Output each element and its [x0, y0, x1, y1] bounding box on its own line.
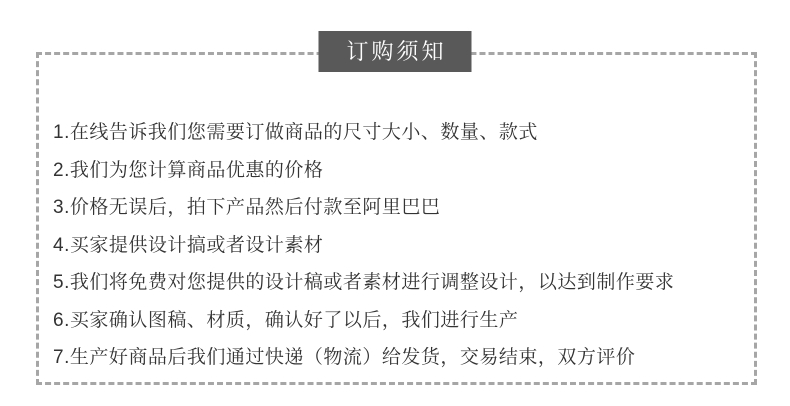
notice-title-badge: 订购须知: [318, 31, 471, 72]
order-notice-page: 订购须知 1.在线告诉我们您需要订做商品的尺寸大小、数量、款式 2.我们为您计算…: [0, 0, 790, 406]
notice-item: 2.我们为您计算商品优惠的价格: [53, 152, 746, 190]
notice-item: 7.生产好商品后我们通过快递（物流）给发货，交易结束，双方评价: [53, 339, 746, 377]
notice-item: 4.买家提供设计搞或者设计素材: [53, 227, 746, 265]
notice-item: 3.价格无误后，拍下产品然后付款至阿里巴巴: [53, 189, 746, 227]
notice-title: 订购须知: [346, 39, 446, 64]
notice-list: 1.在线告诉我们您需要订做商品的尺寸大小、数量、款式 2.我们为您计算商品优惠的…: [39, 55, 754, 377]
notice-item: 6.买家确认图稿、材质，确认好了以后，我们进行生产: [53, 302, 746, 340]
notice-item: 1.在线告诉我们您需要订做商品的尺寸大小、数量、款式: [53, 114, 746, 152]
notice-dashed-box: 1.在线告诉我们您需要订做商品的尺寸大小、数量、款式 2.我们为您计算商品优惠的…: [36, 52, 757, 385]
notice-item: 5.我们将免费对您提供的设计稿或者素材进行调整设计，以达到制作要求: [53, 264, 746, 302]
